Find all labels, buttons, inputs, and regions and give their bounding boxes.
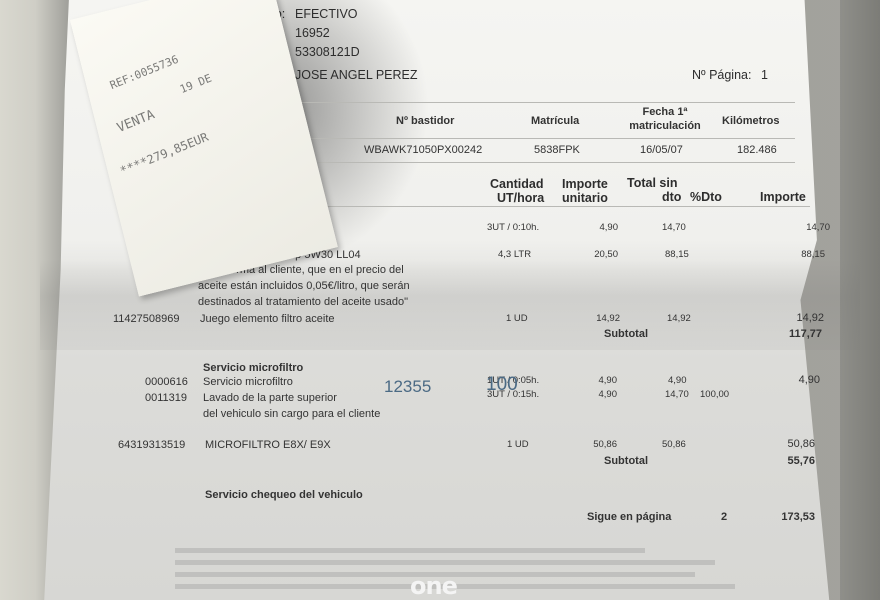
divider bbox=[250, 162, 795, 163]
discount-header: %Dto bbox=[690, 190, 722, 204]
item-desc: Servicio microfiltro bbox=[203, 376, 293, 388]
page-label: Nº Página: bbox=[692, 68, 751, 82]
reg-date-value: 16/05/07 bbox=[640, 144, 683, 156]
vin-value: WBAWK71050PX00242 bbox=[364, 144, 482, 156]
item-code: 0011319 bbox=[145, 392, 187, 404]
item-total: 50,86 bbox=[662, 439, 686, 450]
item-amount: 4,90 bbox=[750, 374, 820, 386]
unit-header-2: unitario bbox=[562, 191, 608, 205]
qty-header-2: UT/hora bbox=[497, 191, 544, 205]
background-right bbox=[840, 0, 880, 600]
vin-header: Nº bastidor bbox=[396, 115, 454, 127]
subtotal-value: 55,76 bbox=[745, 455, 815, 467]
item-amount: 14,70 bbox=[760, 222, 830, 233]
item-unit: 4,90 bbox=[560, 222, 618, 233]
item-code: 11427508969 bbox=[113, 313, 179, 325]
reg-date-header-2: matriculación bbox=[615, 120, 715, 132]
subtotal-label: Subtotal bbox=[604, 328, 648, 340]
total-header-1: Total sin bbox=[627, 176, 677, 190]
item-qty: 1 UD bbox=[506, 313, 528, 324]
qty-header-1: Cantidad bbox=[490, 177, 543, 191]
km-value: 182.486 bbox=[737, 144, 777, 156]
subtotal-label: Subtotal bbox=[604, 455, 648, 467]
item-unit: 4,90 bbox=[560, 389, 617, 400]
item-note: del vehiculo sin cargo para el cliente bbox=[203, 408, 380, 420]
item-total: 14,70 bbox=[665, 389, 689, 400]
item-amount: 88,15 bbox=[755, 249, 825, 260]
item-desc: MICROFILTRO E8X/ E9X bbox=[205, 439, 331, 451]
item-qty: 4,3 LTR bbox=[498, 249, 531, 260]
item-unit: 14,92 bbox=[560, 313, 620, 324]
unit-header-1: Importe bbox=[562, 177, 608, 191]
item-total: 88,15 bbox=[665, 249, 689, 260]
plate-header: Matrícula bbox=[531, 115, 579, 127]
km-header: Kilómetros bbox=[722, 115, 779, 127]
item-desc: Juego elemento filtro aceite bbox=[200, 313, 335, 325]
item-note: destinados al tratamiento del aceite usa… bbox=[198, 296, 408, 308]
faded-text bbox=[175, 560, 715, 565]
amount-header: Importe bbox=[760, 190, 806, 204]
stamp-number: 100 bbox=[486, 374, 518, 396]
plate-value: 5838FPK bbox=[534, 144, 580, 156]
item-qty: 1 UD bbox=[507, 439, 529, 450]
divider bbox=[250, 206, 810, 207]
item-qty: 3UT / 0:10h. bbox=[487, 222, 539, 233]
item-code: 0000616 bbox=[145, 376, 188, 388]
item-unit: 20,50 bbox=[560, 249, 618, 260]
item-total: 14,70 bbox=[662, 222, 686, 233]
item-amount: 50,86 bbox=[745, 438, 815, 450]
divider bbox=[250, 138, 795, 139]
page-number: 1 bbox=[761, 68, 768, 82]
total-header-2: dto bbox=[662, 190, 681, 204]
reg-date-header-1: Fecha 1ª bbox=[620, 106, 710, 118]
item-desc: Lavado de la parte superior bbox=[203, 392, 337, 404]
item-note: aceite están incluidos 0,05€/litro, que … bbox=[198, 280, 410, 292]
item-total: 14,92 bbox=[667, 313, 691, 324]
divider bbox=[250, 102, 795, 103]
nif-value: 53308121D bbox=[295, 45, 360, 59]
item-unit: 4,90 bbox=[560, 375, 617, 386]
item-discount: 100,00 bbox=[700, 389, 729, 400]
continue-page: 2 bbox=[721, 511, 727, 523]
item-code: 64319313519 bbox=[118, 439, 185, 451]
continue-label: Sigue en página bbox=[587, 511, 671, 523]
faded-text bbox=[175, 548, 645, 553]
section-title: Servicio microfiltro bbox=[203, 362, 303, 374]
stamp-number: 12355 bbox=[384, 377, 431, 397]
item-unit: 50,86 bbox=[560, 439, 617, 450]
client-name: JOSE ANGEL PEREZ bbox=[295, 68, 418, 82]
item-amount: 14,92 bbox=[752, 312, 824, 324]
subtotal-value: 117,77 bbox=[752, 328, 822, 340]
carry-total: 173,53 bbox=[745, 511, 815, 523]
section-title: Servicio chequeo del vehiculo bbox=[205, 489, 363, 501]
watermark-logo: one bbox=[410, 572, 457, 600]
item-total: 4,90 bbox=[668, 375, 687, 386]
payment-value: EFECTIVO bbox=[295, 7, 358, 21]
client-value: 16952 bbox=[295, 26, 330, 40]
